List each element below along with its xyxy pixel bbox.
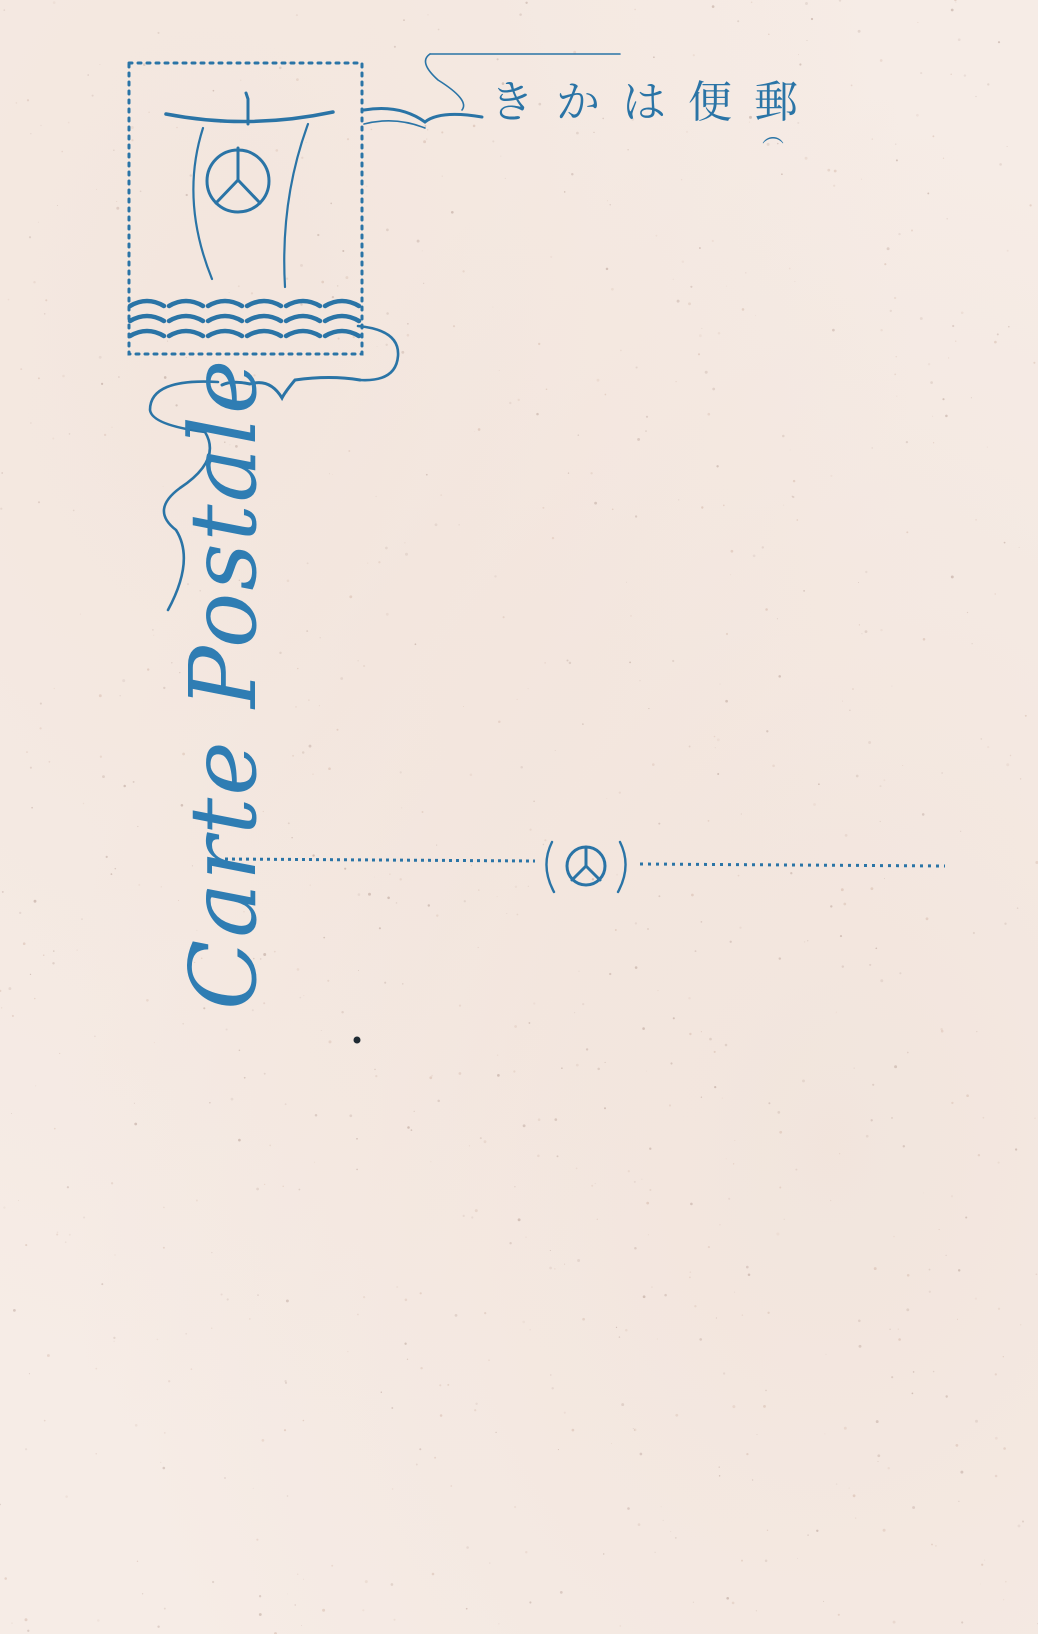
ink-spot: [354, 1037, 361, 1044]
sail-emblem-icon: [207, 148, 269, 212]
address-emblem-icon: [546, 842, 625, 892]
postcard-artwork: [0, 0, 1038, 1634]
address-line: [225, 842, 945, 892]
stamp-box: [129, 63, 362, 354]
japanese-mark: ︵: [762, 118, 784, 149]
sailing-ship-icon: [130, 93, 359, 336]
carte-postale-title: Carte Postale: [170, 358, 277, 1010]
postcard: 郵便はかき ︵ Carte Postale: [0, 0, 1038, 1634]
waves-icon: [130, 301, 359, 336]
